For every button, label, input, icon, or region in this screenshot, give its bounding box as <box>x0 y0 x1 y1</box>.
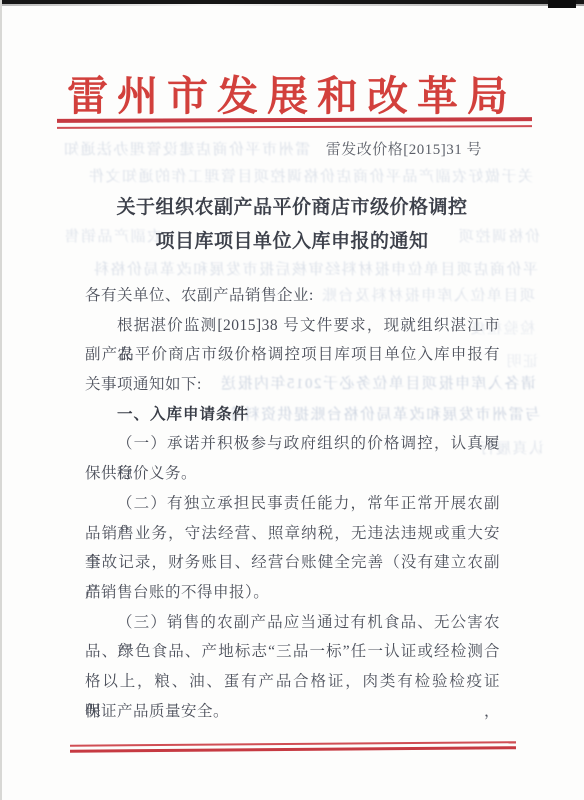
document-title-line2: 项目库项目单位入库申报的通知 <box>0 225 584 259</box>
agency-letterhead: 雷州市发展和改革局 <box>0 63 584 122</box>
body-line: 各有关单位、农副产品销售企业: <box>85 281 500 311</box>
body-line: 根据湛价监测[2015]38 号文件要求，现就组织湛江市农 <box>85 311 500 341</box>
body-line: 品、绿色食品、产地标志“三品一标”任一认证或经检测合 <box>85 637 500 667</box>
document-title-line1: 关于组织农副产品平价商店市级价格调控 <box>0 191 584 225</box>
body-line: （一）承诺并积极参与政府组织的价格调控，认真履行 <box>85 429 500 459</box>
scanned-document-page: { "document": { "agency": "雷州市发展和改革局", "… <box>0 0 584 800</box>
document-title: 关于组织农副产品平价商店市级价格调控 项目库项目单位入库申报的通知 <box>0 191 584 259</box>
document-body: 各有关单位、农副产品销售企业:根据湛价监测[2015]38 号文件要求，现就组织… <box>85 281 500 726</box>
body-line: 关事项通知如下: <box>85 370 500 400</box>
bleedthrough-text: 平价商店项目单位申报材料经审核后报市发展和改革局价格科 <box>62 261 538 280</box>
body-line: 事故记录，财务账目、经营台账健全完善（没有建立农副产 <box>85 548 500 578</box>
body-line: 品销售台账的不得申报）。 <box>85 578 500 608</box>
scan-corner-mark <box>548 0 576 8</box>
footer-rule-thick <box>70 746 516 753</box>
body-line: （三）销售的农副产品应当通过有机食品、无公害农产 <box>85 608 500 638</box>
header-rule-thin <box>57 125 532 128</box>
bleedthrough-text: 证明 <box>498 353 538 372</box>
document-number: 雷发改价格[2015]31 号 <box>326 138 482 159</box>
scan-top-edge-fade <box>0 4 584 6</box>
body-line: 品销售业务，守法经营、照章纳税，无违法违规或重大安全 <box>85 519 500 549</box>
footer-rule-thin <box>70 741 516 746</box>
bleedthrough-text: 关于做好农副产品平价商店价格调控项目管理工作的通知文件 <box>65 168 533 187</box>
body-line: （二）有独立承担民事责任能力，常年正常开展农副产 <box>85 489 500 519</box>
body-line: 保供稳价义务。 <box>85 459 500 489</box>
body-line: 格以上，粮、油、蛋有产品合格证，肉类有检验检疫证明， <box>85 667 500 697</box>
section-heading: 一、入库申请条件 <box>85 400 500 430</box>
bleedthrough-text: 雷州市平价商店建设管理办法通知 <box>62 141 310 160</box>
body-line: 副产品平价商店市级价格调控项目库项目单位入库申报有 <box>85 340 500 370</box>
